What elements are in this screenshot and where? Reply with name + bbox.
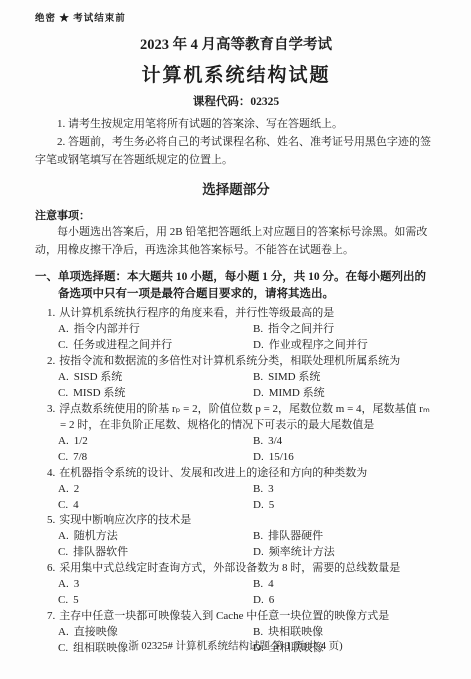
- question-item: 3.浮点数系统使用的阶基 rₚ = 2，阶值位数 p = 2，尾数位数 m = …: [35, 402, 437, 466]
- page-footer: 浙 02325# 计算机系统结构试题 第 1 页(共 4 页): [0, 638, 471, 653]
- option-label: C.: [58, 546, 68, 558]
- classification-banner: 绝密 ★ 考试结束前: [35, 10, 437, 24]
- exam-session-title: 2023 年 4 月高等教育自学考试: [35, 33, 437, 54]
- question-stem-text: 浮点数系统使用的阶基 rₚ = 2，阶值位数 p = 2，尾数位数 m = 4，…: [59, 403, 430, 431]
- option-label: C.: [58, 451, 68, 463]
- answer-option: B.4: [253, 577, 437, 593]
- option-text: SIMD 系统: [268, 371, 320, 383]
- option-label: D.: [253, 387, 264, 399]
- answer-option: C.排队器软件: [58, 545, 253, 561]
- option-label: A.: [58, 626, 69, 638]
- answer-option: D.6: [253, 593, 437, 609]
- option-group: A.3 B.4 C.5 D.6: [58, 577, 437, 609]
- option-text: 块相联映像: [268, 626, 323, 638]
- question-stem: 5.实现中断响应次序的技术是: [47, 513, 437, 529]
- option-text: 5: [269, 499, 275, 511]
- question-number: 2.: [47, 355, 55, 367]
- question-stem-text: 按指令流和数据流的多倍性对计算机系统分类，相联处理机所属系统为: [59, 355, 400, 367]
- option-label: A.: [58, 371, 69, 383]
- option-text: MIMD 系统: [269, 387, 325, 399]
- answer-option: C.任务或进程之间并行: [58, 338, 253, 354]
- option-text: 3: [268, 483, 274, 495]
- option-text: 6: [269, 594, 275, 606]
- question-list: 1.从计算机系统执行程序的角度来看，并行性等级最高的是 A.指令内部并行 B.指…: [35, 306, 437, 657]
- answer-option: B.排队器硬件: [253, 529, 437, 545]
- part-one-number: 一、: [35, 271, 58, 283]
- answer-option: B.3/4: [253, 434, 437, 450]
- option-text: SISD 系统: [74, 371, 123, 383]
- answer-option: C.7/8: [58, 450, 253, 466]
- answer-option: C.5: [58, 593, 253, 609]
- part-one-heading-text: 单项选择题：本大题共 10 小题，每小题 1 分，共 10 分。在每小题列出的备…: [58, 271, 426, 301]
- answer-option: D.5: [253, 498, 437, 514]
- question-stem-text: 在机器指令系统的设计、发展和改进上的途径和方向的种类数为: [59, 467, 367, 479]
- question-stem: 1.从计算机系统执行程序的角度来看，并行性等级最高的是: [47, 306, 437, 322]
- option-label: B.: [253, 323, 263, 335]
- question-stem: 6.采用集中式总线定时查询方式，外部设备数为 8 时，需要的总线数量是: [47, 561, 437, 577]
- option-text: 3: [74, 578, 80, 590]
- answer-option: D.15/16: [253, 450, 437, 466]
- option-label: A.: [58, 530, 69, 542]
- option-text: 1/2: [74, 435, 88, 447]
- option-text: 随机方法: [74, 530, 118, 542]
- answer-option: A.随机方法: [58, 529, 253, 545]
- option-text: 指令内部并行: [74, 323, 140, 335]
- answer-option: A.3: [58, 577, 253, 593]
- option-label: D.: [253, 594, 264, 606]
- option-label: A.: [58, 323, 69, 335]
- answer-option: A.指令内部并行: [58, 322, 253, 338]
- option-label: B.: [253, 483, 263, 495]
- option-text: 4: [73, 499, 79, 511]
- option-label: B.: [253, 435, 263, 447]
- answer-option: C.4: [58, 498, 253, 514]
- option-group: A.1/2 B.3/4 C.7/8 D.15/16: [58, 434, 437, 466]
- option-label: A.: [58, 578, 69, 590]
- answer-option: B.3: [253, 482, 437, 498]
- section-heading: 选择题部分: [35, 178, 437, 198]
- option-group: A.SISD 系统 B.SIMD 系统 C.MISD 系统 D.MIMD 系统: [58, 370, 437, 402]
- option-text: 4: [268, 578, 274, 590]
- question-number: 6.: [47, 562, 55, 574]
- option-label: B.: [253, 371, 263, 383]
- option-text: 频率统计方法: [269, 546, 335, 558]
- question-item: 4.在机器指令系统的设计、发展和改进上的途径和方向的种类数为 A.2 B.3 C…: [35, 466, 437, 514]
- option-text: 作业或程序之间并行: [269, 339, 368, 351]
- option-text: 排队器软件: [73, 546, 128, 558]
- answer-option: D.频率统计方法: [253, 545, 437, 561]
- option-label: B.: [253, 530, 263, 542]
- question-item: 5.实现中断响应次序的技术是 A.随机方法 B.排队器硬件 C.排队器软件 D.…: [35, 513, 437, 561]
- instruction-1: 1. 请考生按规定用笔将所有试题的答案涂、写在答题纸上。: [35, 116, 437, 134]
- question-stem: 2.按指令流和数据流的多倍性对计算机系统分类，相联处理机所属系统为: [47, 354, 437, 370]
- option-group: A.随机方法 B.排队器硬件 C.排队器软件 D.频率统计方法: [58, 529, 437, 561]
- option-label: B.: [253, 578, 263, 590]
- option-label: D.: [253, 451, 264, 463]
- question-number: 1.: [47, 307, 55, 319]
- answer-option: A.SISD 系统: [58, 370, 253, 386]
- question-stem-text: 主存中任意一块都可映像装入到 Cache 中任意一块位置的映像方式是: [59, 610, 389, 622]
- option-text: 15/16: [269, 451, 294, 463]
- option-text: MISD 系统: [73, 387, 125, 399]
- question-number: 3.: [47, 403, 55, 415]
- option-label: A.: [58, 483, 69, 495]
- question-number: 5.: [47, 514, 55, 526]
- question-item: 6.采用集中式总线定时查询方式，外部设备数为 8 时，需要的总线数量是 A.3 …: [35, 561, 437, 609]
- option-label: A.: [58, 435, 69, 447]
- option-label: D.: [253, 339, 264, 351]
- question-stem: 7.主存中任意一块都可映像装入到 Cache 中任意一块位置的映像方式是: [47, 609, 437, 625]
- question-stem-text: 从计算机系统执行程序的角度来看，并行性等级最高的是: [59, 307, 334, 319]
- answer-option: B.SIMD 系统: [253, 370, 437, 386]
- question-stem: 3.浮点数系统使用的阶基 rₚ = 2，阶值位数 p = 2，尾数位数 m = …: [47, 402, 437, 434]
- question-item: 2.按指令流和数据流的多倍性对计算机系统分类，相联处理机所属系统为 A.SISD…: [35, 354, 437, 402]
- option-text: 2: [74, 483, 80, 495]
- option-label: C.: [58, 499, 68, 511]
- exam-title: 计算机系统结构试题: [35, 60, 437, 87]
- option-label: C.: [58, 387, 68, 399]
- option-label: D.: [253, 546, 264, 558]
- option-label: C.: [58, 594, 68, 606]
- answer-option: C.MISD 系统: [58, 386, 253, 402]
- question-stem-text: 采用集中式总线定时查询方式，外部设备数为 8 时，需要的总线数量是: [59, 562, 400, 574]
- option-text: 7/8: [73, 451, 87, 463]
- exam-paper-page: 绝密 ★ 考试结束前 2023 年 4 月高等教育自学考试 计算机系统结构试题 …: [0, 0, 471, 679]
- option-label: B.: [253, 626, 263, 638]
- question-stem: 4.在机器指令系统的设计、发展和改进上的途径和方向的种类数为: [47, 466, 437, 482]
- option-group: A.2 B.3 C.4 D.5: [58, 482, 437, 514]
- option-text: 直接映像: [74, 626, 118, 638]
- notice-body: 每小题选出答案后，用 2B 铅笔把答题纸上对应题目的答案标号涂黑。如需改动，用橡…: [35, 224, 437, 259]
- option-label: C.: [58, 339, 68, 351]
- question-item: 1.从计算机系统执行程序的角度来看，并行性等级最高的是 A.指令内部并行 B.指…: [35, 306, 437, 354]
- answer-option: A.2: [58, 482, 253, 498]
- question-stem-text: 实现中断响应次序的技术是: [59, 514, 191, 526]
- answer-option: D.作业或程序之间并行: [253, 338, 437, 354]
- option-text: 指令之间并行: [268, 323, 334, 335]
- general-instructions: 1. 请考生按规定用笔将所有试题的答案涂、写在答题纸上。 2. 答题前，考生务必…: [35, 116, 437, 169]
- answer-option: A.1/2: [58, 434, 253, 450]
- question-number: 4.: [47, 467, 55, 479]
- course-code: 课程代码：02325: [35, 93, 437, 109]
- answer-option: B.指令之间并行: [253, 322, 437, 338]
- option-text: 任务或进程之间并行: [73, 339, 172, 351]
- option-text: 5: [73, 594, 79, 606]
- instruction-2: 2. 答题前，考生务必将自己的考试课程名称、姓名、准考证号用黑色字迹的签字笔或钢…: [35, 134, 437, 170]
- option-text: 3/4: [268, 435, 282, 447]
- answer-option: D.MIMD 系统: [253, 386, 437, 402]
- part-one-heading: 一、单项选择题：本大题共 10 小题，每小题 1 分，共 10 分。在每小题列出…: [35, 269, 437, 305]
- notice-label: 注意事项：: [35, 207, 437, 223]
- question-number: 7.: [47, 610, 55, 622]
- option-text: 排队器硬件: [268, 530, 323, 542]
- option-group: A.指令内部并行 B.指令之间并行 C.任务或进程之间并行 D.作业或程序之间并…: [58, 322, 437, 354]
- option-label: D.: [253, 499, 264, 511]
